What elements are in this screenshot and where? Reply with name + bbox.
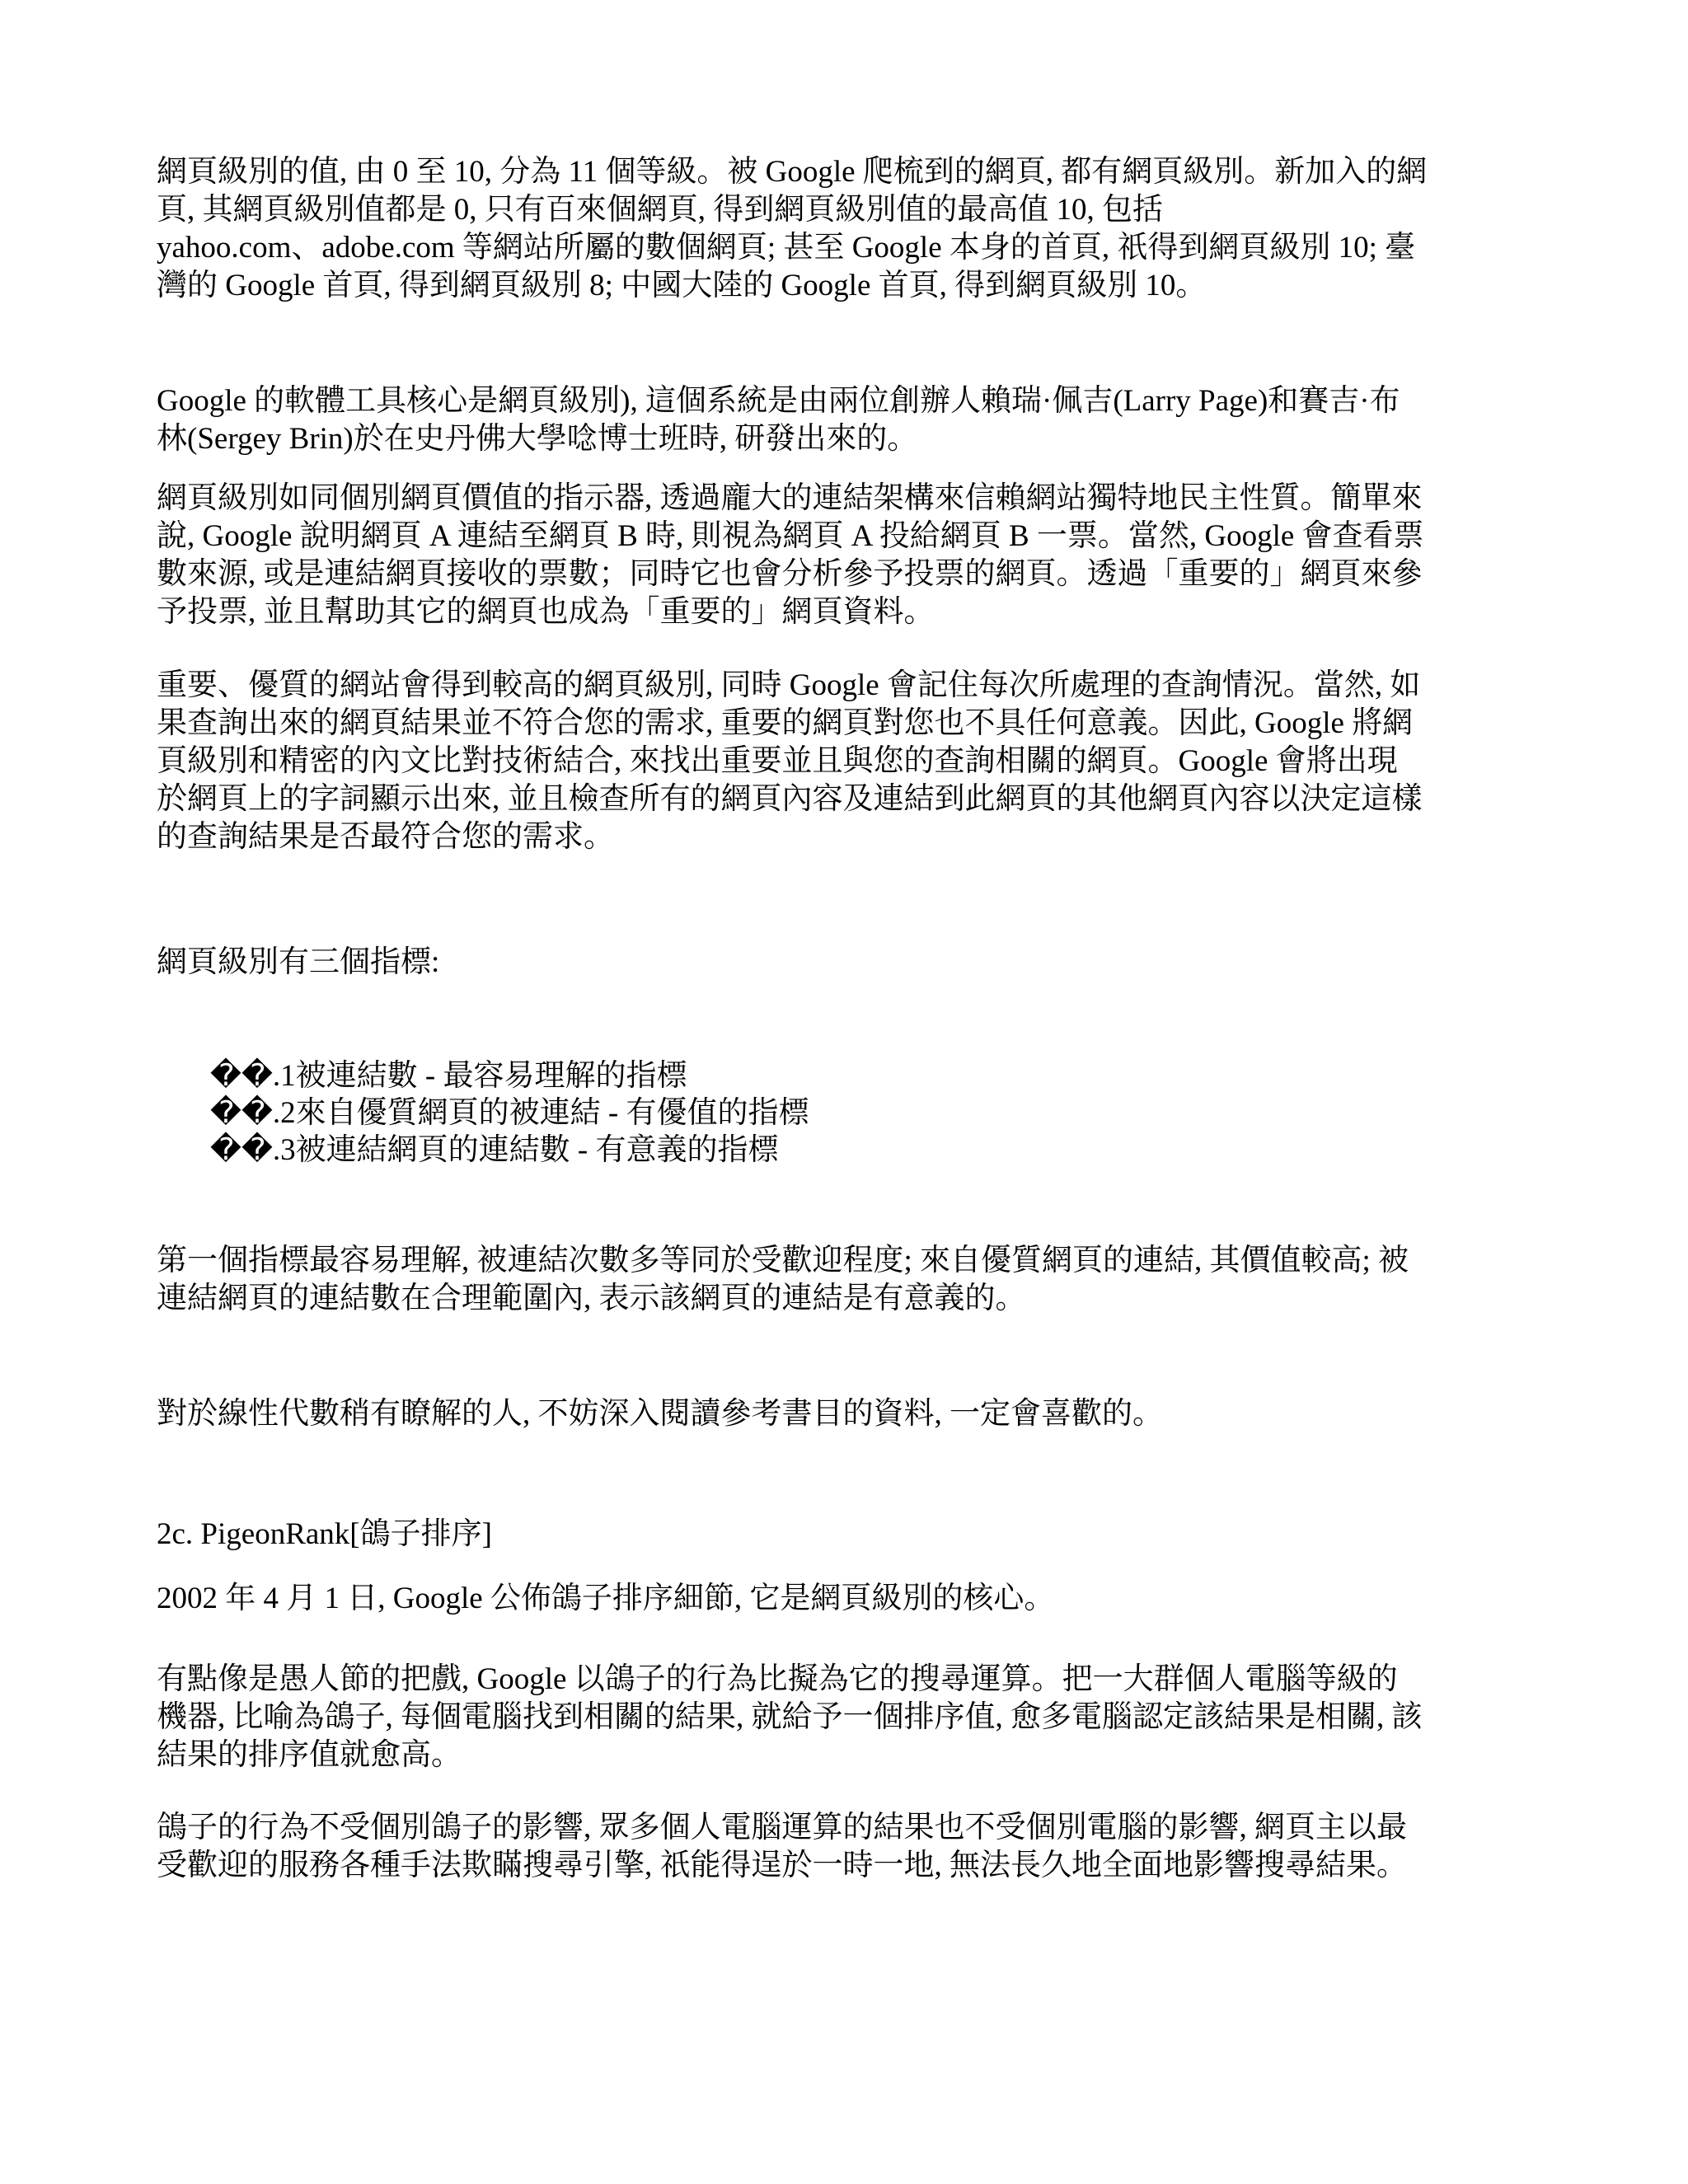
text-line: 灣的 Google 首頁, 得到網頁級別 8; 中國大陸的 Google 首頁,…: [157, 267, 1533, 305]
indicator-list: ��.1被連結數 - 最容易理解的指標 ��.2來自優質網頁的被連結 - 有優值…: [210, 1057, 1587, 1169]
paragraph-linear-algebra: 對於線性代數稍有瞭解的人, 不妨深入閱讀參考書目的資料, 一定會喜歡的。: [157, 1395, 1533, 1433]
paragraph-april-fools: 有點像是愚人節的把戲, Google 以鴿子的行為比擬為它的搜尋運算。把一大群個…: [157, 1661, 1533, 1774]
list-item: ��.1被連結數 - 最容易理解的指標: [210, 1057, 1587, 1094]
text-line: 連結網頁的連結數在合理範圍內, 表示該網頁的連結是有意義的。: [157, 1280, 1533, 1318]
section-heading: 2c. PigeonRank[鴿子排序]: [157, 1516, 1533, 1554]
text-line: Google 的軟體工具核心是網頁級別), 這個系統是由兩位創辦人賴瑞·佩吉(L…: [157, 382, 1533, 420]
text-line: 結果的排序值就愈高。: [157, 1736, 1533, 1774]
text-line: 林(Sergey Brin)於在史丹佛大學唸博士班時, 研發出來的。: [157, 420, 1533, 458]
text-line: 果查詢出來的網頁結果並不符合您的需求, 重要的網頁對您也不具任何意義。因此, G…: [157, 705, 1533, 743]
text-line: 網頁級別的值, 由 0 至 10, 分為 11 個等級。被 Google 爬梳到…: [157, 153, 1533, 191]
replacement-char-bullet-icon: ��: [210, 1057, 273, 1094]
text-line: yahoo.com、adobe.com 等網站所屬的數個網頁; 甚至 Googl…: [157, 229, 1533, 267]
paragraph-pigeonrank-date: 2002 年 4 月 1 日, Google 公佈鴿子排序細節, 它是網頁級別的…: [157, 1580, 1533, 1618]
section-heading-pigeonrank: 2c. PigeonRank[鴿子排序]: [157, 1516, 1533, 1554]
text-line: 受歡迎的服務各種手法欺瞞搜尋引擎, 祇能得逞於一時一地, 無法長久地全面地影響搜…: [157, 1847, 1533, 1885]
text-line: 網頁級別有三個指標:: [157, 944, 1533, 982]
text-line: 頁, 其網頁級別值都是 0, 只有百來個網頁, 得到網頁級別值的最高值 10, …: [157, 191, 1533, 229]
paragraph-founders: Google 的軟體工具核心是網頁級別), 這個系統是由兩位創辦人賴瑞·佩吉(L…: [157, 382, 1533, 458]
replacement-char-bullet-icon: ��: [210, 1132, 273, 1169]
text-line: 重要、優質的網站會得到較高的網頁級別, 同時 Google 會記住每次所處理的查…: [157, 667, 1533, 705]
paragraph-voting: 網頁級別如同個別網頁價值的指示器, 透過龐大的連結架構來信賴網站獨特地民主性質。…: [157, 480, 1533, 631]
text-line: 有點像是愚人節的把戲, Google 以鴿子的行為比擬為它的搜尋運算。把一大群個…: [157, 1661, 1533, 1699]
text-line: 對於線性代數稍有瞭解的人, 不妨深入閱讀參考書目的資料, 一定會喜歡的。: [157, 1395, 1533, 1433]
text-line: 說, Google 說明網頁 A 連結至網頁 B 時, 則視為網頁 A 投給網頁…: [157, 518, 1533, 555]
text-line: 第一個指標最容易理解, 被連結次數多等同於受歡迎程度; 來自優質網頁的連結, 其…: [157, 1242, 1533, 1280]
list-item-text: .1被連結數 - 最容易理解的指標: [273, 1059, 687, 1093]
paragraph-indicator-explanation: 第一個指標最容易理解, 被連結次數多等同於受歡迎程度; 來自優質網頁的連結, 其…: [157, 1242, 1533, 1318]
replacement-char-bullet-icon: ��: [210, 1094, 273, 1132]
list-item: ��.2來自優質網頁的被連結 - 有優值的指標: [210, 1094, 1587, 1132]
paragraph-three-indicators-intro: 網頁級別有三個指標:: [157, 944, 1533, 982]
list-item: ��.3被連結網頁的連結數 - 有意義的指標: [210, 1132, 1587, 1169]
text-line: 鴿子的行為不受個別鴿子的影響, 眾多個人電腦運算的結果也不受個別電腦的影響, 網…: [157, 1809, 1533, 1847]
document-page: 網頁級別的值, 由 0 至 10, 分為 11 個等級。被 Google 爬梳到…: [0, 0, 1688, 2184]
text-line: 2002 年 4 月 1 日, Google 公佈鴿子排序細節, 它是網頁級別的…: [157, 1580, 1533, 1618]
text-line: 頁級別和精密的內文比對技術結合, 來找出重要並且與您的查詢相關的網頁。Googl…: [157, 743, 1533, 780]
text-line: 的查詢結果是否最符合您的需求。: [157, 818, 1533, 856]
text-line: 網頁級別如同個別網頁價值的指示器, 透過龐大的連結架構來信賴網站獨特地民主性質。…: [157, 480, 1533, 518]
text-line: 予投票, 並且幫助其它的網頁也成為「重要的」網頁資料。: [157, 593, 1533, 631]
list-item-text: .3被連結網頁的連結數 - 有意義的指標: [273, 1133, 779, 1167]
text-line: 機器, 比喻為鴿子, 每個電腦找到相關的結果, 就給予一個排序值, 愈多電腦認定…: [157, 1699, 1533, 1736]
paragraph-pigeon-behavior: 鴿子的行為不受個別鴿子的影響, 眾多個人電腦運算的結果也不受個別電腦的影響, 網…: [157, 1809, 1533, 1885]
text-line: 數來源, 或是連結網頁接收的票數；同時它也會分析參予投票的網頁。透過「重要的」網…: [157, 555, 1533, 593]
list-item-text: .2來自優質網頁的被連結 - 有優值的指標: [273, 1096, 809, 1130]
paragraph-relevance: 重要、優質的網站會得到較高的網頁級別, 同時 Google 會記住每次所處理的查…: [157, 667, 1533, 856]
text-line: 於網頁上的字詞顯示出來, 並且檢查所有的網頁內容及連結到此網頁的其他網頁內容以決…: [157, 780, 1533, 818]
paragraph-pagerank-values: 網頁級別的值, 由 0 至 10, 分為 11 個等級。被 Google 爬梳到…: [157, 153, 1533, 305]
